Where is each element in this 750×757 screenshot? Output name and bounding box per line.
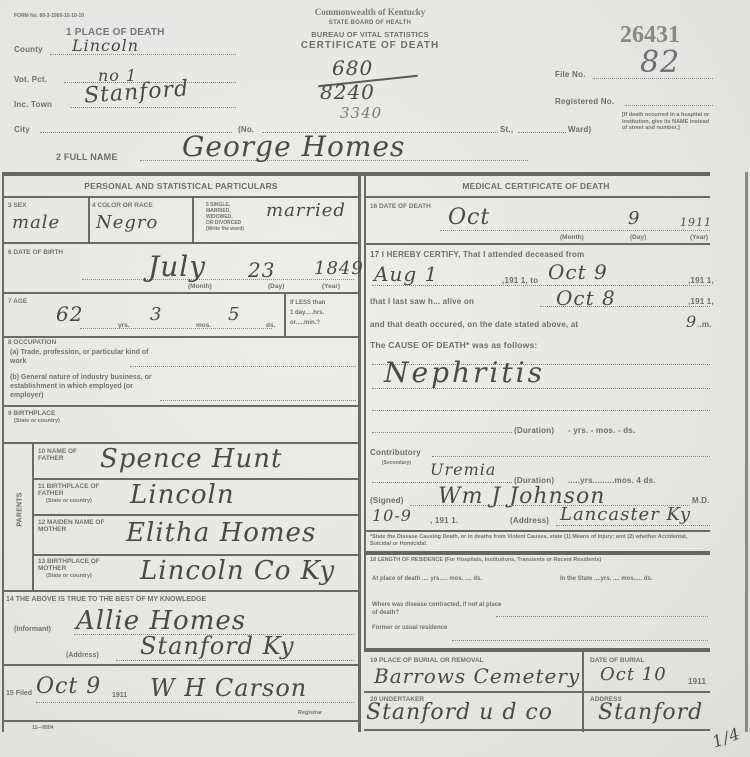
footnote: *State the Disease Causing Death, or in … (370, 534, 708, 548)
occupation-b: (b) General nature of industry business,… (10, 373, 160, 400)
dod-day: 9 (628, 208, 640, 229)
inc-town-label: Inc. Town (14, 100, 52, 109)
filed-year: 1911 (112, 692, 127, 699)
less-than-day: If LESS than 1 day.....hrs. or.....min.? (290, 298, 325, 328)
attended-from-year: ,191 1, to (502, 276, 538, 285)
undertaker-value: Stanford u d co (366, 700, 553, 725)
mother-name-label: 12 MAIDEN NAME OF MOTHER (38, 519, 118, 533)
signed-label: (Signed) (370, 496, 404, 505)
duration-label: (Duration) (514, 426, 554, 435)
secondary-label: (Secondary) (382, 460, 411, 467)
color-label: 4 COLOR OR RACE (92, 202, 153, 209)
filed-label: 15 Filed (6, 690, 32, 697)
dod-label: 16 DATE OF DEATH (370, 203, 431, 210)
age-months: 3 (150, 304, 162, 325)
burial-year: 1911 (688, 677, 706, 686)
age-label: 7 AGE (8, 298, 27, 305)
footer-code: 11—9504 (32, 725, 53, 732)
informant-heading: 14 THE ABOVE IS TRUE TO THE BEST OF MY K… (6, 596, 206, 603)
contracted-label: Where was disease contracted, if not at … (372, 601, 502, 617)
dob-day-caption: (Day) (268, 283, 284, 290)
commonwealth-title: Commonwealth of Kentucky (300, 7, 440, 17)
md-label: M.D. (692, 496, 710, 505)
burial-place-label: 19 PLACE OF BURIAL OR REMOVAL (370, 657, 484, 664)
duration-cause: - yrs. - mos. - ds. (568, 426, 635, 435)
address-label: (Address) (66, 652, 99, 659)
residence-heading: 18 LENGTH OF RESIDENCE (For Hospitals, I… (370, 557, 708, 564)
dob-day: 23 (248, 258, 275, 282)
informant-label: (Informant) (14, 626, 51, 633)
in-state-label: In the State ....yrs. .... mos..... ds. (560, 574, 710, 584)
corner-mark: 1/4 (710, 724, 744, 752)
dob-label: 6 DATE OF BIRTH (8, 249, 63, 256)
marital-value: married (266, 200, 346, 221)
dod-month: Oct (448, 205, 490, 230)
full-name-value: George Homes (182, 130, 405, 163)
birthplace-sub: (State or country) (14, 418, 60, 425)
death-time-suffix: ..m. (697, 320, 712, 329)
attended-to: Oct 9 (548, 260, 608, 284)
color-value: Negro (96, 212, 158, 233)
sex-value: male (12, 212, 60, 233)
mother-birthplace-sub: (State or country) (46, 573, 92, 580)
last-saw-label: that I last saw h... alive on (370, 297, 474, 306)
at-place-label: At place of death .... yrs..... mos. ...… (372, 574, 532, 584)
county-label: County (14, 45, 43, 54)
marital-label: 5 SINGLE, MARRIED, WIDOWED, OR DIVORCED … (206, 202, 244, 232)
dod-month-caption: (Month) (560, 234, 584, 241)
burial-date-value: Oct 10 (600, 664, 667, 685)
vot-pct-label: Vot. Pct. (14, 75, 47, 84)
bureau-title: BUREAU OF VITAL STATISTICS (270, 30, 470, 39)
county-value: Lincoln (72, 36, 139, 55)
ward-label: Ward) (568, 125, 591, 134)
dob-month: July (148, 250, 206, 283)
signed-address-value: Lancaster Ky (560, 504, 691, 525)
sex-label: 3 SEX (8, 202, 26, 209)
age-years: 62 (56, 302, 83, 326)
last-saw-year: ,191 1, (688, 297, 714, 306)
signed-year: , 191 1. (430, 516, 458, 525)
contributory-value: Uremia (430, 460, 496, 479)
registrar-signature: W H Carson (150, 674, 307, 702)
mother-birthplace-label: 13 BIRTHPLACE OF MOTHER (38, 558, 108, 572)
mother-birthplace-value: Lincoln Co Ky (140, 556, 335, 586)
occupation-label: 8 OCCUPATION (8, 339, 56, 346)
medical-section-title: MEDICAL CERTIFICATE OF DEATH (366, 181, 706, 191)
father-name-value: Spence Hunt (100, 444, 282, 474)
signed-address-label: (Address) (510, 516, 549, 525)
mother-name-value: Elitha Homes (126, 518, 316, 548)
dob-year-caption: (Year) (322, 283, 340, 290)
registrar-label: Registrar (298, 710, 322, 717)
cause-value: Nephritis (384, 356, 545, 389)
registered-no-label: Registered No. (555, 97, 614, 106)
signed-date: 10-9 (372, 506, 412, 525)
age-days: 5 (228, 304, 240, 325)
ref-number-top: 680 (332, 56, 373, 80)
contributory-label: Contributory (370, 448, 421, 457)
certify-line: 17 I HEREBY CERTIFY, That I attended dec… (370, 250, 584, 259)
form-code: FORM No. 80-3-1900-10-10-10 (14, 13, 84, 20)
death-time: 9 (686, 312, 697, 331)
ref-number-bottom: 3340 (340, 104, 382, 122)
burial-date-label: DATE OF BURIAL (590, 657, 644, 664)
cause-label: The CAUSE OF DEATH* was as follows: (370, 340, 537, 350)
address-value: Stanford Ky (140, 632, 295, 660)
father-name-label: 10 NAME OF FATHER (38, 448, 98, 462)
dob-year: 1849 (314, 258, 364, 279)
dod-day-caption: (Day) (630, 234, 646, 241)
dod-year: 1911 (680, 216, 712, 229)
undertaker-address-value: Stanford (598, 700, 703, 725)
parents-label: PARENTS (17, 480, 24, 540)
occupation-a: (a) Trade, profession, or particular kin… (10, 348, 160, 366)
death-certificate: FORM No. 80-3-1900-10-10-10 1 PLACE OF D… (0, 0, 750, 757)
ref-number-mid: 8240 (320, 80, 375, 104)
former-residence-label: Former or usual residence (372, 624, 452, 632)
personal-section-title: PERSONAL AND STATISTICAL PARTICULARS (4, 181, 358, 191)
attended-to-year: ,191 1, (688, 276, 714, 285)
dob-month-caption: (Month) (188, 283, 212, 290)
father-birthplace-sub: (State or country) (46, 498, 92, 505)
full-name-label: 2 FULL NAME (56, 152, 118, 162)
father-birthplace-value: Lincoln (130, 480, 235, 510)
attended-from: Aug 1 (374, 262, 438, 286)
dod-year-caption: (Year) (690, 234, 708, 241)
st-label: St., (500, 125, 513, 134)
file-no-label: File No. (555, 70, 586, 79)
father-birthplace-label: 11 BIRTHPLACE OF FATHER (38, 483, 108, 497)
hospital-note: [If death occurred in a hospital or inst… (622, 112, 714, 132)
state-board: STATE BOARD OF HEALTH (300, 20, 440, 26)
file-no-value: 82 (640, 45, 680, 80)
city-label: City (14, 125, 30, 134)
birthplace-label: 9 BIRTHPLACE (8, 410, 55, 417)
filed-date: Oct 9 (36, 674, 101, 699)
burial-place-value: Barrows Cemetery (374, 664, 580, 688)
certificate-title: CERTIFICATE OF DEATH (255, 40, 485, 51)
death-occurred-label: and that death occured, on the date stat… (370, 320, 578, 329)
